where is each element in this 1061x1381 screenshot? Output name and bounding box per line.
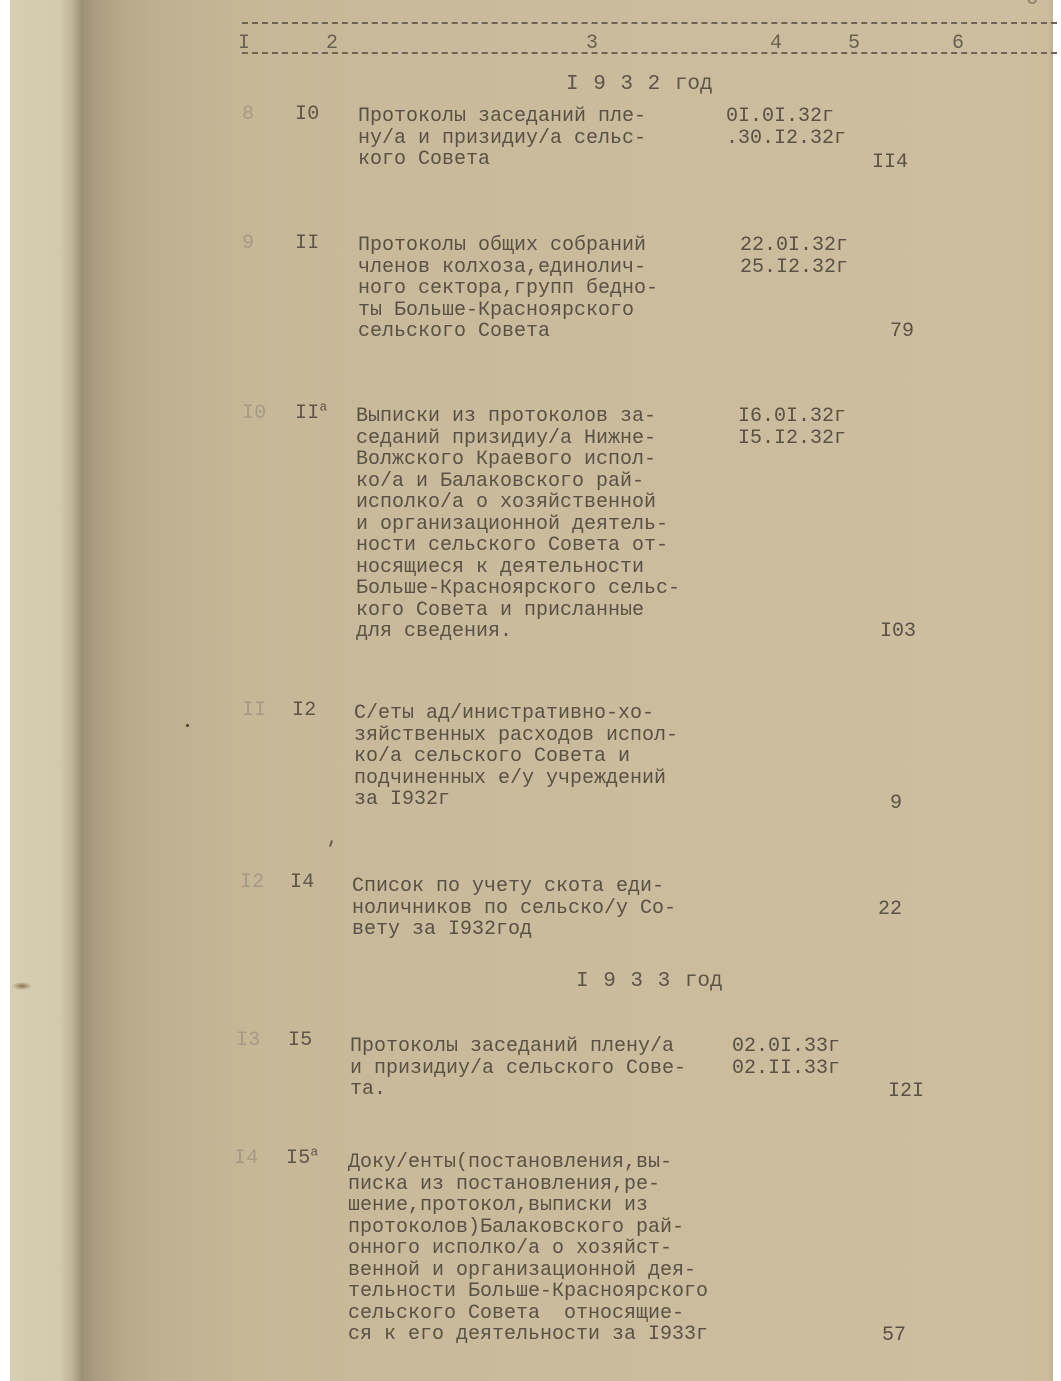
row-sheets: I2I [888,1080,924,1103]
ink-speck [329,840,333,847]
row-seq: I0 [242,403,266,424]
row-sheets: I03 [880,620,916,643]
row-file-no: II [295,233,319,254]
header-top-rule [242,22,1057,24]
row-dates: 22.0I.32г 25.I2.32г [740,235,848,278]
year-value: I 9 3 2 [566,73,661,96]
row-description: Протоколы заседаний плену/а и призидиу/а… [350,1036,686,1101]
file-suffix: а [319,399,327,414]
row-file-no: I5 [288,1030,312,1051]
row-description: Протоколы заседаний пле- ну/а и призидиу… [358,106,646,171]
row-file-no: I2 [292,700,316,721]
year-word: год [685,970,723,993]
header-bottom-rule [242,52,1057,54]
page-edge-stain [12,982,32,990]
file-no-value: II [295,402,319,425]
row-dates: 0I.0I.32г .30.I2.32г [726,106,846,149]
file-suffix: а [310,1144,318,1159]
row-file-no: I4 [290,872,314,893]
archive-inventory-page: 6 I 2 3 4 5 6 I 9 3 2 год 8 I0 Протоколы… [10,0,1053,1381]
year-heading-1933: I 9 3 3 год [576,970,723,993]
row-sheets: 22 [878,898,902,921]
file-no-value: II [295,232,319,255]
file-no-value: I2 [292,699,316,722]
row-file-no: I0 [295,104,319,125]
row-description: С/еты ад/инистративно-хо- зяйственных ра… [354,703,678,811]
year-heading-1932: I 9 3 2 год [566,73,713,96]
file-no-value: I4 [290,871,314,894]
year-word: год [675,73,713,96]
row-sheets: 79 [890,320,914,343]
row-description: Список по учету скота еди- ноличников по… [352,876,676,941]
year-value: I 9 3 3 [576,970,671,993]
row-sheets: 9 [890,792,902,815]
row-seq: I2 [240,872,264,893]
row-description: Протоколы общих собраний членов колхоза,… [358,235,658,343]
row-sheets: II4 [872,151,908,174]
row-dates: 02.0I.33г 02.II.33г [732,1036,840,1079]
row-dates: I6.0I.32г I5.I2.32г [738,406,846,449]
page-number: 6 [1026,0,1038,11]
row-seq: I4 [234,1148,258,1169]
row-file-no: IIа [295,403,327,424]
file-no-value: I5 [288,1029,312,1052]
file-no-value: I5 [286,1147,310,1170]
row-description: Доку/енты(постановления,вы- писка из пос… [348,1152,708,1346]
row-description: Выписки из протоколов за- седаний призид… [356,406,680,643]
row-seq: II [242,700,266,721]
row-seq: 8 [242,104,254,125]
row-file-no: I5а [286,1148,318,1169]
row-seq: 9 [242,233,254,254]
ink-speck [186,724,189,727]
row-sheets: 57 [882,1324,906,1347]
file-no-value: I0 [295,103,319,126]
row-seq: I3 [236,1030,260,1051]
